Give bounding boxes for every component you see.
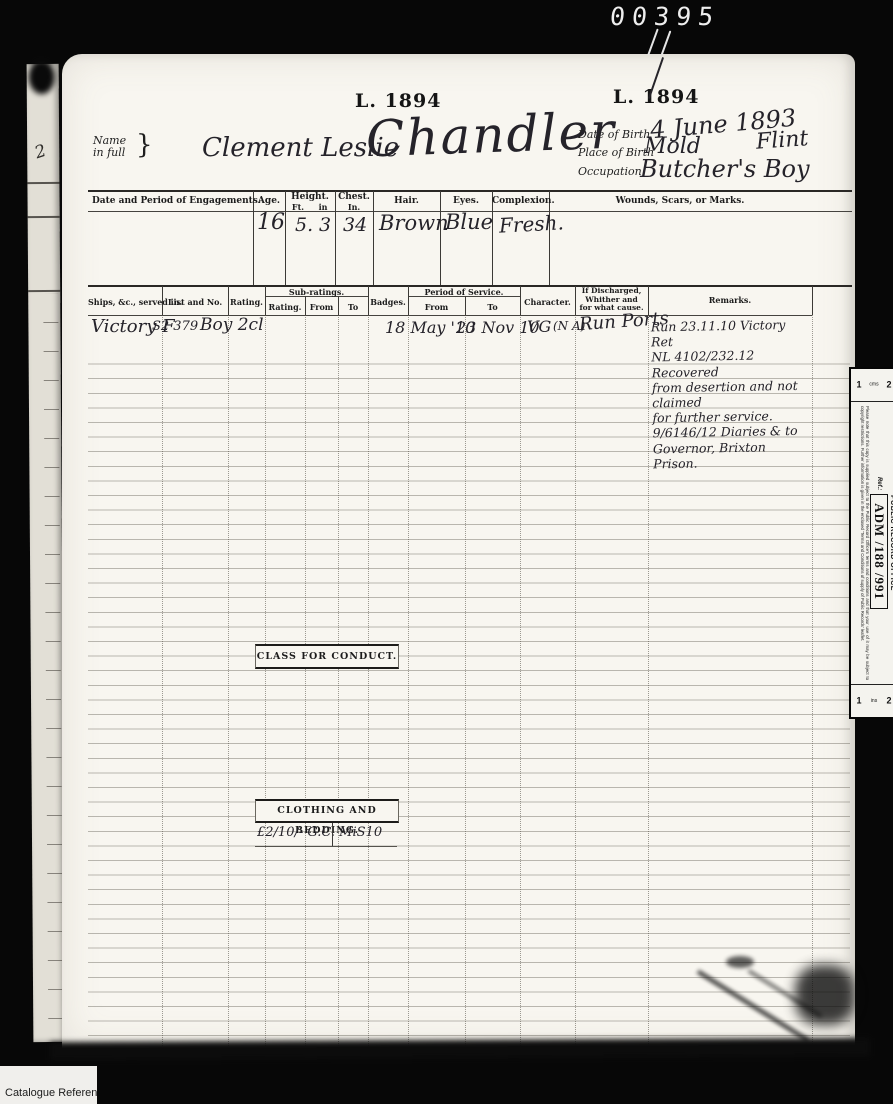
scan-edge-shadow (50, 1038, 870, 1060)
pen-slash-mark (661, 30, 672, 55)
class-for-conduct-heading: CLASS FOR CONDUCT. (255, 644, 399, 669)
reference-row: Ref.: ADM /188 /991 (870, 406, 888, 680)
county-of-birth-value: Flint (755, 126, 809, 155)
eyes-header: Eyes. (440, 196, 492, 206)
column-line (812, 286, 813, 315)
hair-header: Hair. (373, 196, 440, 206)
public-record-office-slip: 2 cms 1 PUBLIC RECORD OFFICE Ref.: ADM /… (849, 367, 893, 719)
inch-ruler: 2 ins 1 (851, 684, 893, 717)
remarks-header: Remarks. (648, 295, 812, 305)
height-header: Height. (285, 192, 335, 202)
subrating-to-header: To (338, 302, 368, 312)
name-in-full-label: Namein full (93, 135, 126, 159)
edge-rule (28, 290, 60, 292)
wounds-header: Wounds, Scars, or Marks. (560, 196, 800, 206)
catalogue-reference-strip: Catalogue Referen (0, 1066, 97, 1104)
form-code-right: L. 1894 (613, 86, 699, 108)
period-to-header: To (465, 302, 520, 312)
period-from-header: From (408, 302, 465, 312)
pro-office-title: PUBLIC RECORD OFFICE (889, 406, 893, 680)
ruler-mark: 2 (886, 380, 891, 390)
scanned-service-record: 00395 2 L. 1894 L. 1894 Namein full } Cl… (0, 0, 893, 1104)
reference-number: ADM /188 /991 (870, 494, 888, 609)
height-ft-value: 5. (295, 214, 313, 236)
rating-value: Boy 2cl (200, 315, 264, 335)
subrating-rating-header: Rating. (265, 302, 305, 312)
margin-squiggle: 2 (32, 141, 49, 163)
subratings-header: Sub-ratings. (265, 287, 368, 297)
hair-value: Brown (379, 211, 449, 235)
chest-header: Chest. (335, 192, 373, 202)
rating-header: Rating. (228, 297, 265, 307)
ruler-unit: ins (871, 698, 877, 704)
table-rule (88, 190, 852, 192)
edge-rule (27, 182, 59, 184)
eyes-value: Blue (445, 210, 493, 234)
ruler-unit: cms (869, 382, 878, 388)
complexion-value: Fresh. (498, 210, 564, 237)
if-discharged-header: If Discharged,Whither andfor what cause. (575, 287, 648, 313)
height-in-value: 3 (319, 214, 331, 236)
character-header: Character. (520, 297, 575, 307)
scan-noise (726, 956, 754, 968)
clothing-and-bedding-heading: CLOTHING AND BEDDING. (255, 799, 399, 823)
height-in-header: in (313, 202, 333, 212)
subrating-from-header: From (305, 302, 338, 312)
ref-label: Ref.: (876, 477, 882, 490)
clothing-entry-handwriting: £2/10/- G.C. MiS10 (257, 825, 382, 840)
date-of-birth-label: Date of Birth (578, 128, 650, 141)
list-and-no-value: S2 379 (152, 319, 198, 334)
column-line (332, 823, 333, 846)
edge-ruling (43, 294, 63, 1034)
ruler-mark: 2 (886, 696, 891, 706)
chest-in-header: In. (335, 202, 373, 212)
edge-rule (28, 216, 60, 218)
period-of-service-header: Period of Service. (408, 287, 520, 297)
slip-body: PUBLIC RECORD OFFICE Ref.: ADM /188 /991… (851, 402, 893, 684)
list-and-no-header: List and No. (162, 297, 228, 307)
column-line (285, 191, 286, 285)
ships-served-header: Ships, &c., served in. (88, 297, 162, 307)
character-value: VG (527, 317, 551, 336)
occupation-label: Occupation (578, 165, 642, 178)
badges-header: Badges. (368, 297, 408, 307)
cm-ruler: 2 cms 1 (851, 369, 893, 402)
complexion-header: Complexion. (492, 196, 549, 206)
ink-blot (29, 60, 55, 94)
ruler-mark: 1 (857, 380, 862, 390)
catalogue-reference-label: Catalogue Referen (5, 1087, 97, 1099)
engagements-header: Date and Period of Engagements. (92, 196, 250, 206)
age-value: 16 (257, 210, 285, 235)
chest-value: 34 (343, 214, 367, 236)
scan-noise (795, 965, 855, 1025)
terms-smallprint: Please note that this copy is supplied s… (859, 406, 869, 680)
height-ft-header: Ft. (287, 202, 309, 212)
ruler-mark: 1 (857, 696, 862, 706)
pen-slash-mark (647, 29, 658, 56)
adjacent-page-edge: 2 (27, 64, 66, 1042)
occupation-value: Butcher's Boy (640, 155, 810, 183)
brace-glyph: } (136, 130, 153, 160)
age-header: Age. (253, 196, 285, 206)
table-rule (88, 315, 812, 316)
scan-serial-number: 00395 (608, 2, 721, 31)
remarks-handwriting: Run 23.11.10 Victory RetNL 4102/232.12 R… (651, 317, 814, 472)
table-rule (255, 846, 397, 847)
